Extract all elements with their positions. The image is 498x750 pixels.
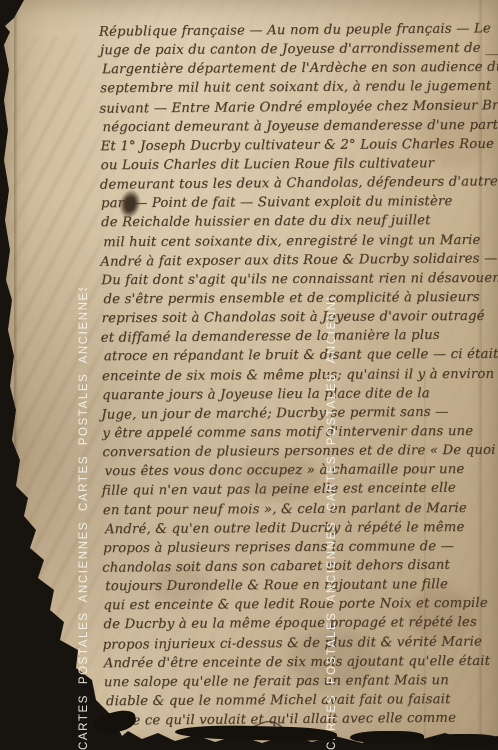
manuscript-line: en tant pour neuf mois », & cela en parl… (103, 498, 498, 520)
manuscript-line: Largentière département de l'Ardèche en … (102, 58, 498, 80)
manuscript-line: République française — Au nom du peuple … (99, 19, 495, 42)
manuscript-line: d'elle ce qu'il voulait et qu'il allait … (103, 708, 498, 731)
manuscript-line: demeurant tous les deux à Chandolas, déf… (100, 172, 496, 195)
manuscript-line: Andrée d'être enceinte de six mois ajout… (104, 651, 498, 673)
manuscript-line: de s'être permis ensemble et de complici… (103, 288, 498, 310)
scanned-document-image: République française — Au nom du peuple … (0, 0, 498, 750)
manuscript-line: qui est enceinte & que ledit Roue porte … (103, 594, 498, 616)
paper-sheet: République française — Au nom du peuple … (0, 0, 498, 750)
manuscript-line: y être appelé comme sans motif d'interve… (102, 422, 498, 444)
manuscript-line: de Ducrby à eu la même époque propagé et… (103, 613, 498, 635)
watermark-column-center: CARTES POSTALES ANCIENNES CARTES POSTALE… (324, 298, 340, 750)
watermark-column-left: CARTES POSTALES ANCIENNES CARTES POSTALE… (76, 288, 92, 750)
manuscript-line: conversation de plusieurs personnes et d… (102, 441, 498, 463)
manuscript-text: République française — Au nom du peuple … (100, 20, 498, 734)
manuscript-line: fille qui n'en vaut pas la peine elle es… (102, 479, 498, 502)
manuscript-line: André à fait exposer aux dits Roue & Duc… (100, 249, 496, 272)
manuscript-line: propos injurieux ci-dessus & de plus dit… (103, 632, 498, 655)
left-fold-crease (14, 0, 18, 500)
manuscript-line: atroce en répandant le bruit & disant qu… (104, 345, 498, 367)
manuscript-line: toujours Durondelle & Roue en rajoutant … (105, 575, 498, 597)
manuscript-line: de Reichalde huissier en date du dix neu… (101, 211, 497, 233)
manuscript-line: Juge, un jour de marché; Ducrby se permi… (101, 402, 497, 425)
manuscript-line: part — Point de fait — Suivant exploit d… (101, 192, 497, 214)
manuscript-line: septembre mil huit cent soixant dix, à r… (100, 77, 496, 99)
signature-flourish-icon (205, 718, 285, 738)
manuscript-line: enceinte de six mois & même plus; qu'ain… (102, 364, 498, 386)
manuscript-line: négociant demeurant à Joyeuse demanderes… (102, 115, 498, 137)
manuscript-line: André, & qu'en outre ledit Ducrby à répé… (105, 517, 498, 539)
manuscript-line: Du fait dont s'agit qu'ils ne connaissan… (101, 269, 497, 291)
manuscript-line: juge de paix du canton de Joyeuse d'arro… (100, 39, 496, 61)
manuscript-line: une salope qu'elle ne ferait pas un enfa… (104, 671, 498, 693)
manuscript-line: mil huit cent soixante dix, enregistré l… (103, 230, 498, 252)
manuscript-line: Et 1° Joseph Ducrby cultivateur & 2° Lou… (101, 135, 497, 157)
